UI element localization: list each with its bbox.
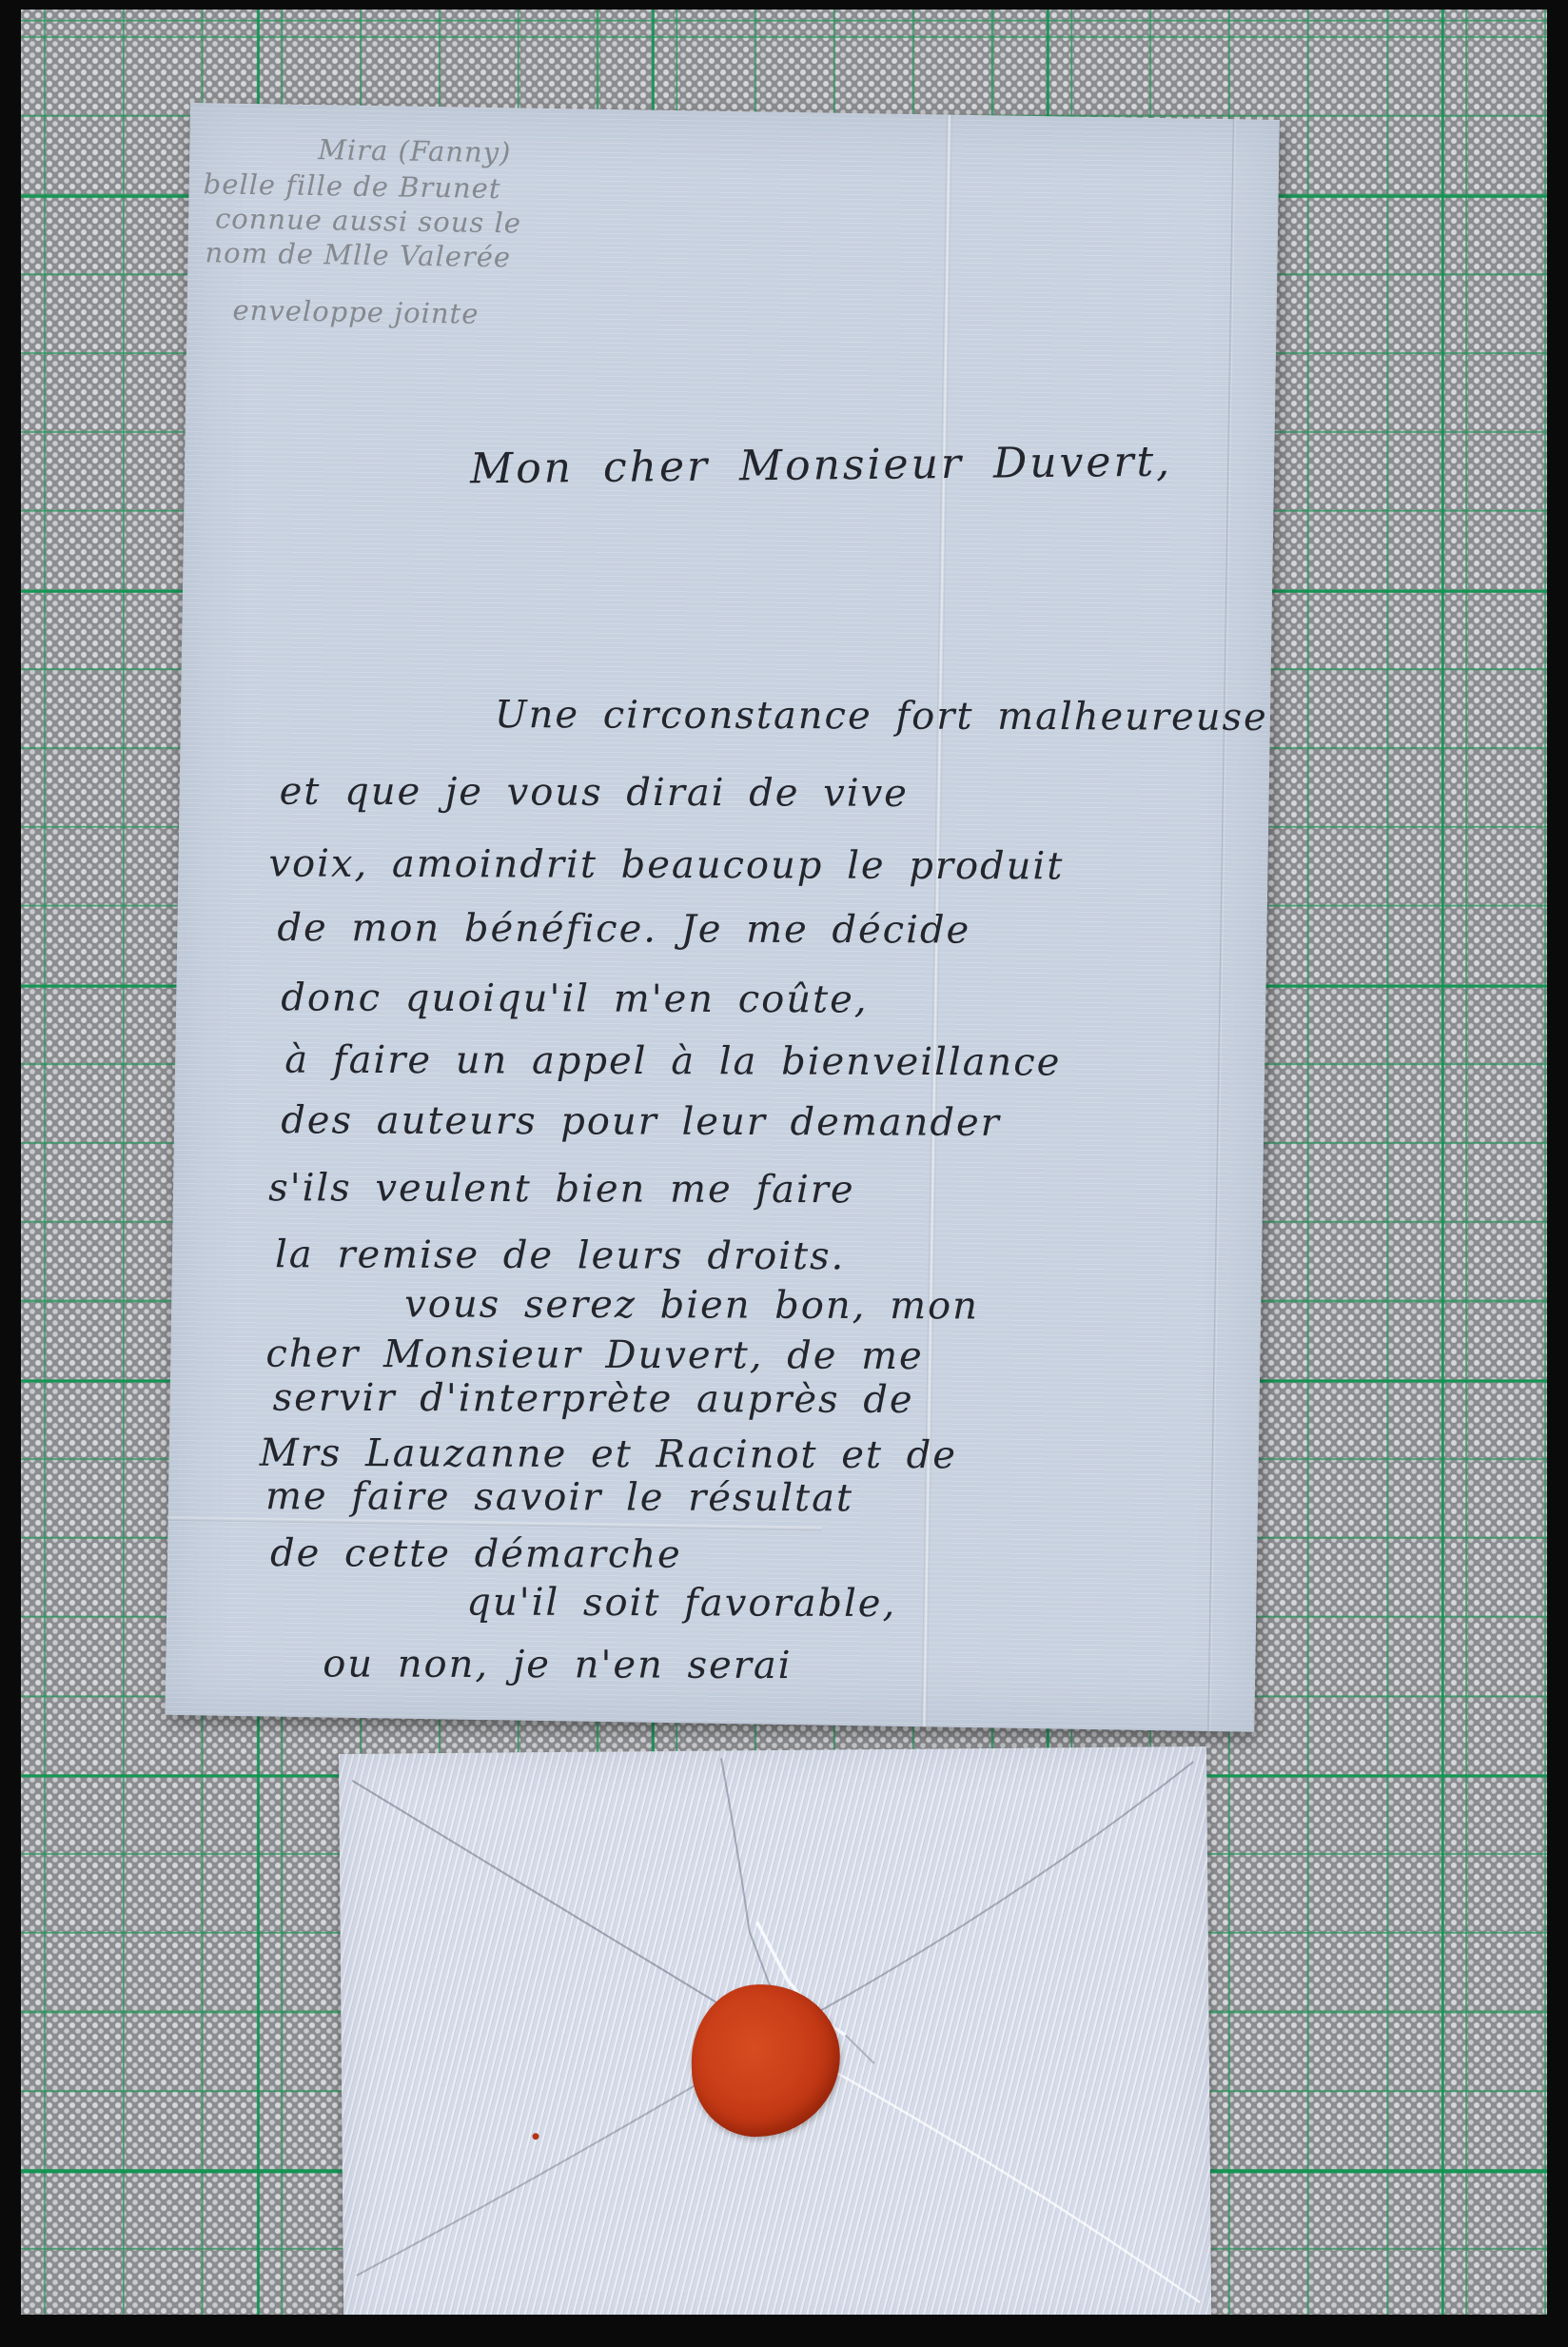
letter-line: s'ils veulent bien me faire (268, 1166, 855, 1212)
letter-line: me faire savoir le résultat (265, 1474, 853, 1520)
letter-line: ou non, je n'en serai (323, 1642, 792, 1687)
pencil-annotation-line: Mira (Fanny) (318, 133, 512, 168)
letter-line: de mon bénéfice. Je me décide (277, 906, 970, 953)
wax-droplet (532, 2133, 539, 2140)
photo-border-left (0, 0, 21, 2347)
photo-border-top (0, 0, 1568, 10)
photo-of-letter: Mira (Fanny) belle fille de Brunet connu… (0, 0, 1568, 2347)
letter-line: Une circonstance fort malheureuse (495, 693, 1268, 740)
envelope-back (339, 1746, 1211, 2337)
photo-border-bottom (0, 2315, 1568, 2347)
letter-line: cher Monsieur Duvert, de me (265, 1332, 924, 1378)
letter-line: voix, amoindrit beaucoup le produit (268, 842, 1064, 889)
pencil-annotation-line: connue aussi sous le (215, 202, 521, 239)
letter-page: Mira (Fanny) belle fille de Brunet connu… (165, 103, 1279, 1732)
letter-line: la remise de leurs droits. (275, 1233, 845, 1278)
letter-line: et que je vous dirai de vive (280, 770, 909, 816)
letter-line: à faire un appel à la bienveillance (284, 1038, 1061, 1085)
letter-line: donc quoiqu'il m'en coûte, (281, 976, 868, 1021)
photo-border-right (1547, 0, 1568, 2347)
letter-line: qu'il soit favorable, (466, 1581, 896, 1627)
pencil-annotation-line: nom de Mlle Valerée (205, 236, 511, 273)
pencil-annotation-note: enveloppe jointe (232, 294, 479, 330)
letter-second-leaf-edge (1207, 119, 1236, 1731)
letter-line: servir d'interprète auprès de (273, 1376, 914, 1422)
letter-line: Mrs Lauzanne et Racinot et de (260, 1431, 957, 1478)
letter-line: de cette démarche (270, 1531, 682, 1577)
letter-line: des auteurs pour leur demander (281, 1098, 1001, 1145)
pencil-annotation-line: belle fille de Brunet (203, 168, 500, 205)
letter-salutation: Mon cher Monsieur Duvert, (470, 438, 1173, 494)
letter-line: vous serez bien bon, mon (404, 1282, 979, 1328)
